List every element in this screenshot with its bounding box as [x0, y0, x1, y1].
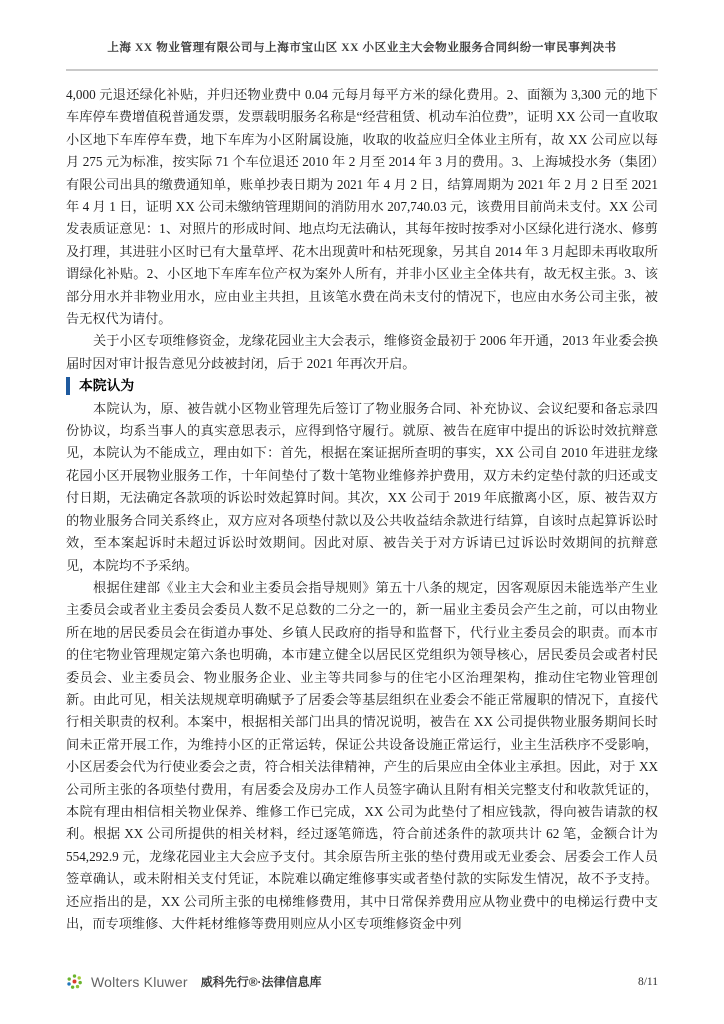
page-number: 8/11 — [638, 976, 658, 988]
document-body: 4,000 元退还绿化补贴，并归还物业费中 0.04 元每月每平方米的绿化费用。… — [66, 84, 658, 935]
body-paragraph: 4,000 元退还绿化补贴，并归还物业费中 0.04 元每月每平方米的绿化费用。… — [66, 84, 658, 330]
body-paragraph: 本院认为，原、被告就小区物业管理先后签订了物业服务合同、补充协议、会议纪要和备忘… — [66, 398, 658, 577]
title-divider — [66, 69, 658, 71]
footer-product-text: 威科先行®·法律信息库 — [201, 973, 322, 990]
body-paragraph: 关于小区专项维修资金，龙缘花园业主大会表示，维修资金最初于 2006 年开通，2… — [66, 330, 658, 375]
section-heading-label: 本院认为 — [79, 375, 134, 397]
document-page: 上海 XX 物业管理有限公司与上海市宝山区 XX 小区业主大会物业服务合同纠纷一… — [0, 0, 724, 1024]
page-footer: Wolters Kluwer 威科先行®·法律信息库 8/11 — [66, 973, 658, 990]
body-paragraph: 根据住建部《业主大会和业主委员会指导规则》第五十八条的规定，因客观原因未能选举产… — [66, 577, 658, 936]
document-title: 上海 XX 物业管理有限公司与上海市宝山区 XX 小区业主大会物业服务合同纠纷一… — [66, 40, 658, 56]
footer-brand-text: Wolters Kluwer — [91, 974, 188, 990]
wolters-kluwer-logo-icon — [66, 973, 83, 990]
section-heading-court-opinion: 本院认为 — [66, 375, 658, 397]
section-accent-bar-icon — [66, 377, 70, 395]
